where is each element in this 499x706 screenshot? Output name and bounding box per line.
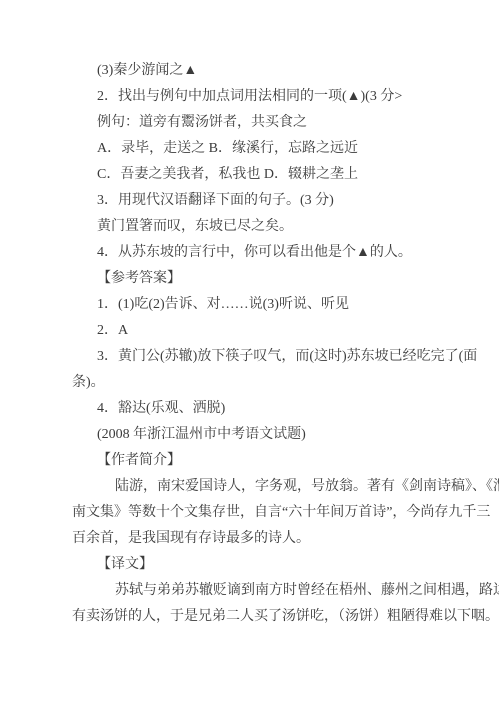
q3-line: 3．用现代汉语翻译下面的句子。(3 分) [72,188,492,214]
q2-line: 2．找出与例句中加点词用法相同的一项(▲)(3 分> [72,84,492,110]
q4-line: 4．从苏东坡的言行中，你可以看出他是个▲的人。 [72,240,492,266]
q3-sentence-line: 黄门置箸而叹，东坡已尽之矣。 [72,214,492,240]
q2-options-ab-line: A．录毕，走送之 B．缘溪行，忘路之远近 [72,136,492,162]
answer-3-line-2: 条)。 [72,370,492,396]
answer-key-header: 【参考答案】 [72,266,492,292]
author-intro-line-3: 百余首，是我国现有存诗最多的诗人。 [72,526,492,552]
answer-4-line: 4．豁达(乐观、洒脱) [72,396,492,422]
document-page: (3)秦少游闻之▲ 2．找出与例句中加点词用法相同的一项(▲)(3 分> 例句：… [72,58,492,630]
answer-2-line: 2．A [72,318,492,344]
q2-options-cd-line: C．吾妻之美我者，私我也 D．辍耕之垄上 [72,162,492,188]
translation-header: 【译文】 [72,552,492,578]
author-intro-header: 【作者简介】 [72,448,492,474]
exam-source-line: (2008 年浙江温州市中考语文试题) [72,422,492,448]
author-intro-line-1: 陆游，南宋爱国诗人，字务观，号放翁。著有《剑南诗稿》、《渭 [72,474,492,500]
answer-1-line: 1．(1)吃(2)告诉、对……说(3)听说、听见 [72,292,492,318]
translation-line-1: 苏轼与弟弟苏辙贬谪到南方时曾经在梧州、藤州之间相遇，路边 [72,578,492,604]
answer-3-line-1: 3．黄门公(苏辙)放下筷子叹气，而(这时)苏东坡已经吃完了(面 [72,344,492,370]
translation-line-2: 有卖汤饼的人，于是兄弟二人买了汤饼吃，（汤饼）粗陋得难以下咽。 [72,604,492,630]
author-intro-line-2: 南文集》等数十个文集存世，自言“六十年间万首诗”，今尚存九千三 [72,500,492,526]
q2-example-line: 例句：道旁有鬻汤饼者，共买食之 [72,110,492,136]
q1-part3-line: (3)秦少游闻之▲ [72,58,492,84]
